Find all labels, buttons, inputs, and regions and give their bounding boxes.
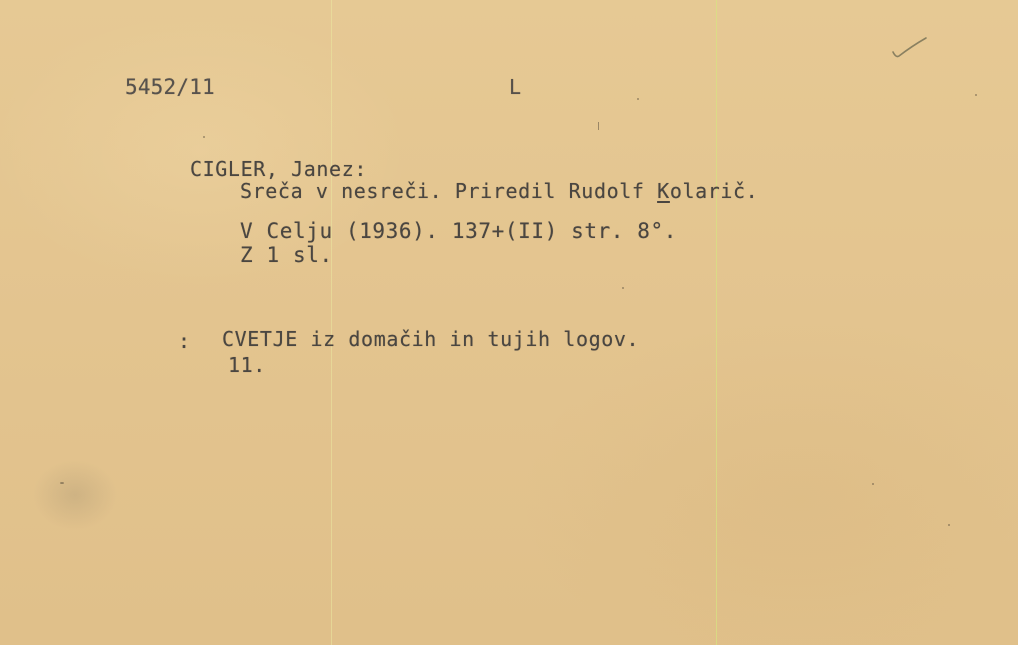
call-number: 5452/11 bbox=[125, 76, 215, 98]
catalog-card: 5452/11 L CIGLER, Janez: Sreča v nesreči… bbox=[0, 0, 1018, 645]
series-number: 11. bbox=[228, 354, 266, 376]
paper-speck bbox=[975, 94, 977, 96]
ruled-line-right bbox=[716, 0, 717, 645]
paper-speck bbox=[203, 136, 205, 138]
paper-speck bbox=[622, 287, 624, 289]
publication-details: V Celju (1936). 137+(II) str. 8°. bbox=[240, 220, 677, 242]
paper-speck bbox=[637, 98, 639, 100]
series-title: CVETJE iz domačih in tujih logov. bbox=[222, 328, 639, 350]
paper-speck bbox=[948, 524, 950, 526]
paper-speck bbox=[60, 482, 64, 484]
illustrations-note: Z 1 sl. bbox=[240, 244, 333, 266]
paper-speck bbox=[872, 483, 874, 485]
underlined-initial: K bbox=[657, 179, 670, 203]
check-mark-icon bbox=[890, 36, 930, 62]
paper-speck bbox=[598, 122, 599, 130]
title-text: Sreča v nesreči. Priredil Rudolf bbox=[240, 179, 657, 203]
title-statement: Sreča v nesreči. Priredil Rudolf Kolarič… bbox=[240, 180, 758, 202]
author-heading: CIGLER, Janez: bbox=[190, 158, 367, 180]
title-text-end: olarič. bbox=[670, 179, 759, 203]
classification-letter: L bbox=[509, 76, 522, 98]
series-marker: : bbox=[178, 330, 191, 352]
ruled-line-left bbox=[331, 0, 332, 645]
